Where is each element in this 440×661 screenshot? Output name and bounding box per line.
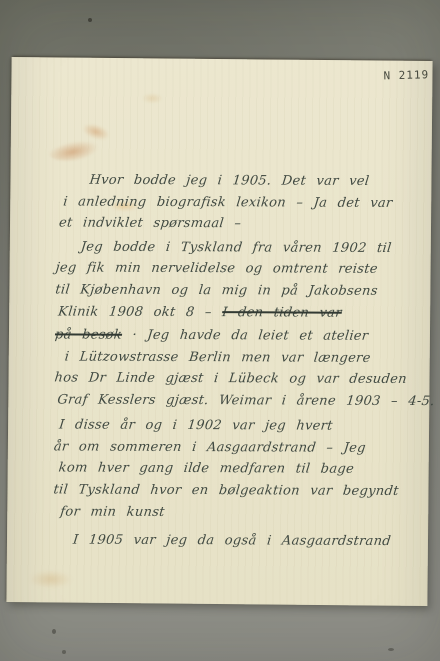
paper-stain [77,119,114,145]
archive-number-label: N 2119 [383,68,429,82]
line-text: kom hver gang ilde medfaren til bage [58,460,355,476]
manuscript-line: for min kunst [59,504,165,519]
dust-speck [388,648,394,651]
manuscript-line: i Lützowstrasse Berlin men var længere [64,350,371,366]
line-text: Jeg bodde i Tyskland fra våren 1902 til [80,240,392,256]
dust-speck [52,629,56,634]
line-text: til Kjøbenhavn og la mig in på Jakobsens [55,282,379,298]
struck-text: I den tiden var [221,305,342,321]
manuscript-line: til Kjøbenhavn og la mig in på Jakobsens [55,282,379,298]
manuscript-line: jeg fik min nervelidelse og omtrent reis… [55,260,379,276]
line-text: Klinik 1908 okt 8 – [57,304,223,320]
manuscript-line: Graf Kesslers gjæst. Weimar i årene 1903… [57,392,436,409]
manuscript-paper: N 2119 Hvor bodde jeg i 1905. Det var ve… [6,57,432,606]
dust-speck [88,18,92,22]
manuscript-line: år om sommeren i Aasgaardstrand – Jeg [53,439,367,455]
line-text: · Jeg havde da leiet et atelier [121,328,369,344]
line-text: I 1905 var jeg da også i Aasgaardstrand [72,533,392,549]
manuscript-photo: N 2119 Hvor bodde jeg i 1905. Det var ve… [0,0,440,661]
dust-speck [62,650,66,654]
line-text: for min kunst [59,504,165,519]
line-text: i anledning biografisk lexikon – Ja det … [62,195,393,211]
manuscript-line: Klinik 1908 okt 8 – I den tiden var [57,304,342,320]
paper-stain [25,569,77,589]
paper-stain [139,92,165,104]
paper-stain [47,132,108,165]
line-text: jeg fik min nervelidelse og omtrent reis… [55,260,379,276]
manuscript-line: Jeg bodde i Tyskland fra våren 1902 til [80,240,392,256]
manuscript-line: I 1905 var jeg da også i Aasgaardstrand [72,533,392,549]
manuscript-line: i anledning biografisk lexikon – Ja det … [62,195,393,211]
manuscript-line: et indviklet spørsmaal – [58,215,242,231]
line-text: år om sommeren i Aasgaardstrand – Jeg [53,439,367,455]
manuscript-line: på besøk · Jeg havde da leiet et atelier [54,327,369,343]
manuscript-line: I disse år og i 1902 var jeg hvert [58,417,333,433]
manuscript-line: Hvor bodde jeg i 1905. Det var vel [89,173,370,189]
manuscript-line: til Tyskland hvor en bølgeaktion var beg… [53,482,400,498]
manuscript-line: hos Dr Linde gjæst i Lübeck og var desud… [54,370,408,387]
line-text: et indviklet spørsmaal – [58,215,242,231]
line-text: I disse år og i 1902 var jeg hvert [58,417,333,433]
manuscript-line: kom hver gang ilde medfaren til bage [58,460,355,476]
line-text: Graf Kesslers gjæst. Weimar i årene 1903… [57,392,436,409]
line-text: Hvor bodde jeg i 1905. Det var vel [89,173,370,189]
line-text: i Lützowstrasse Berlin men var længere [64,350,371,366]
line-text: til Tyskland hvor en bølgeaktion var beg… [53,482,400,498]
line-text: hos Dr Linde gjæst i Lübeck og var desud… [54,370,408,387]
struck-text: på besøk [54,327,123,342]
